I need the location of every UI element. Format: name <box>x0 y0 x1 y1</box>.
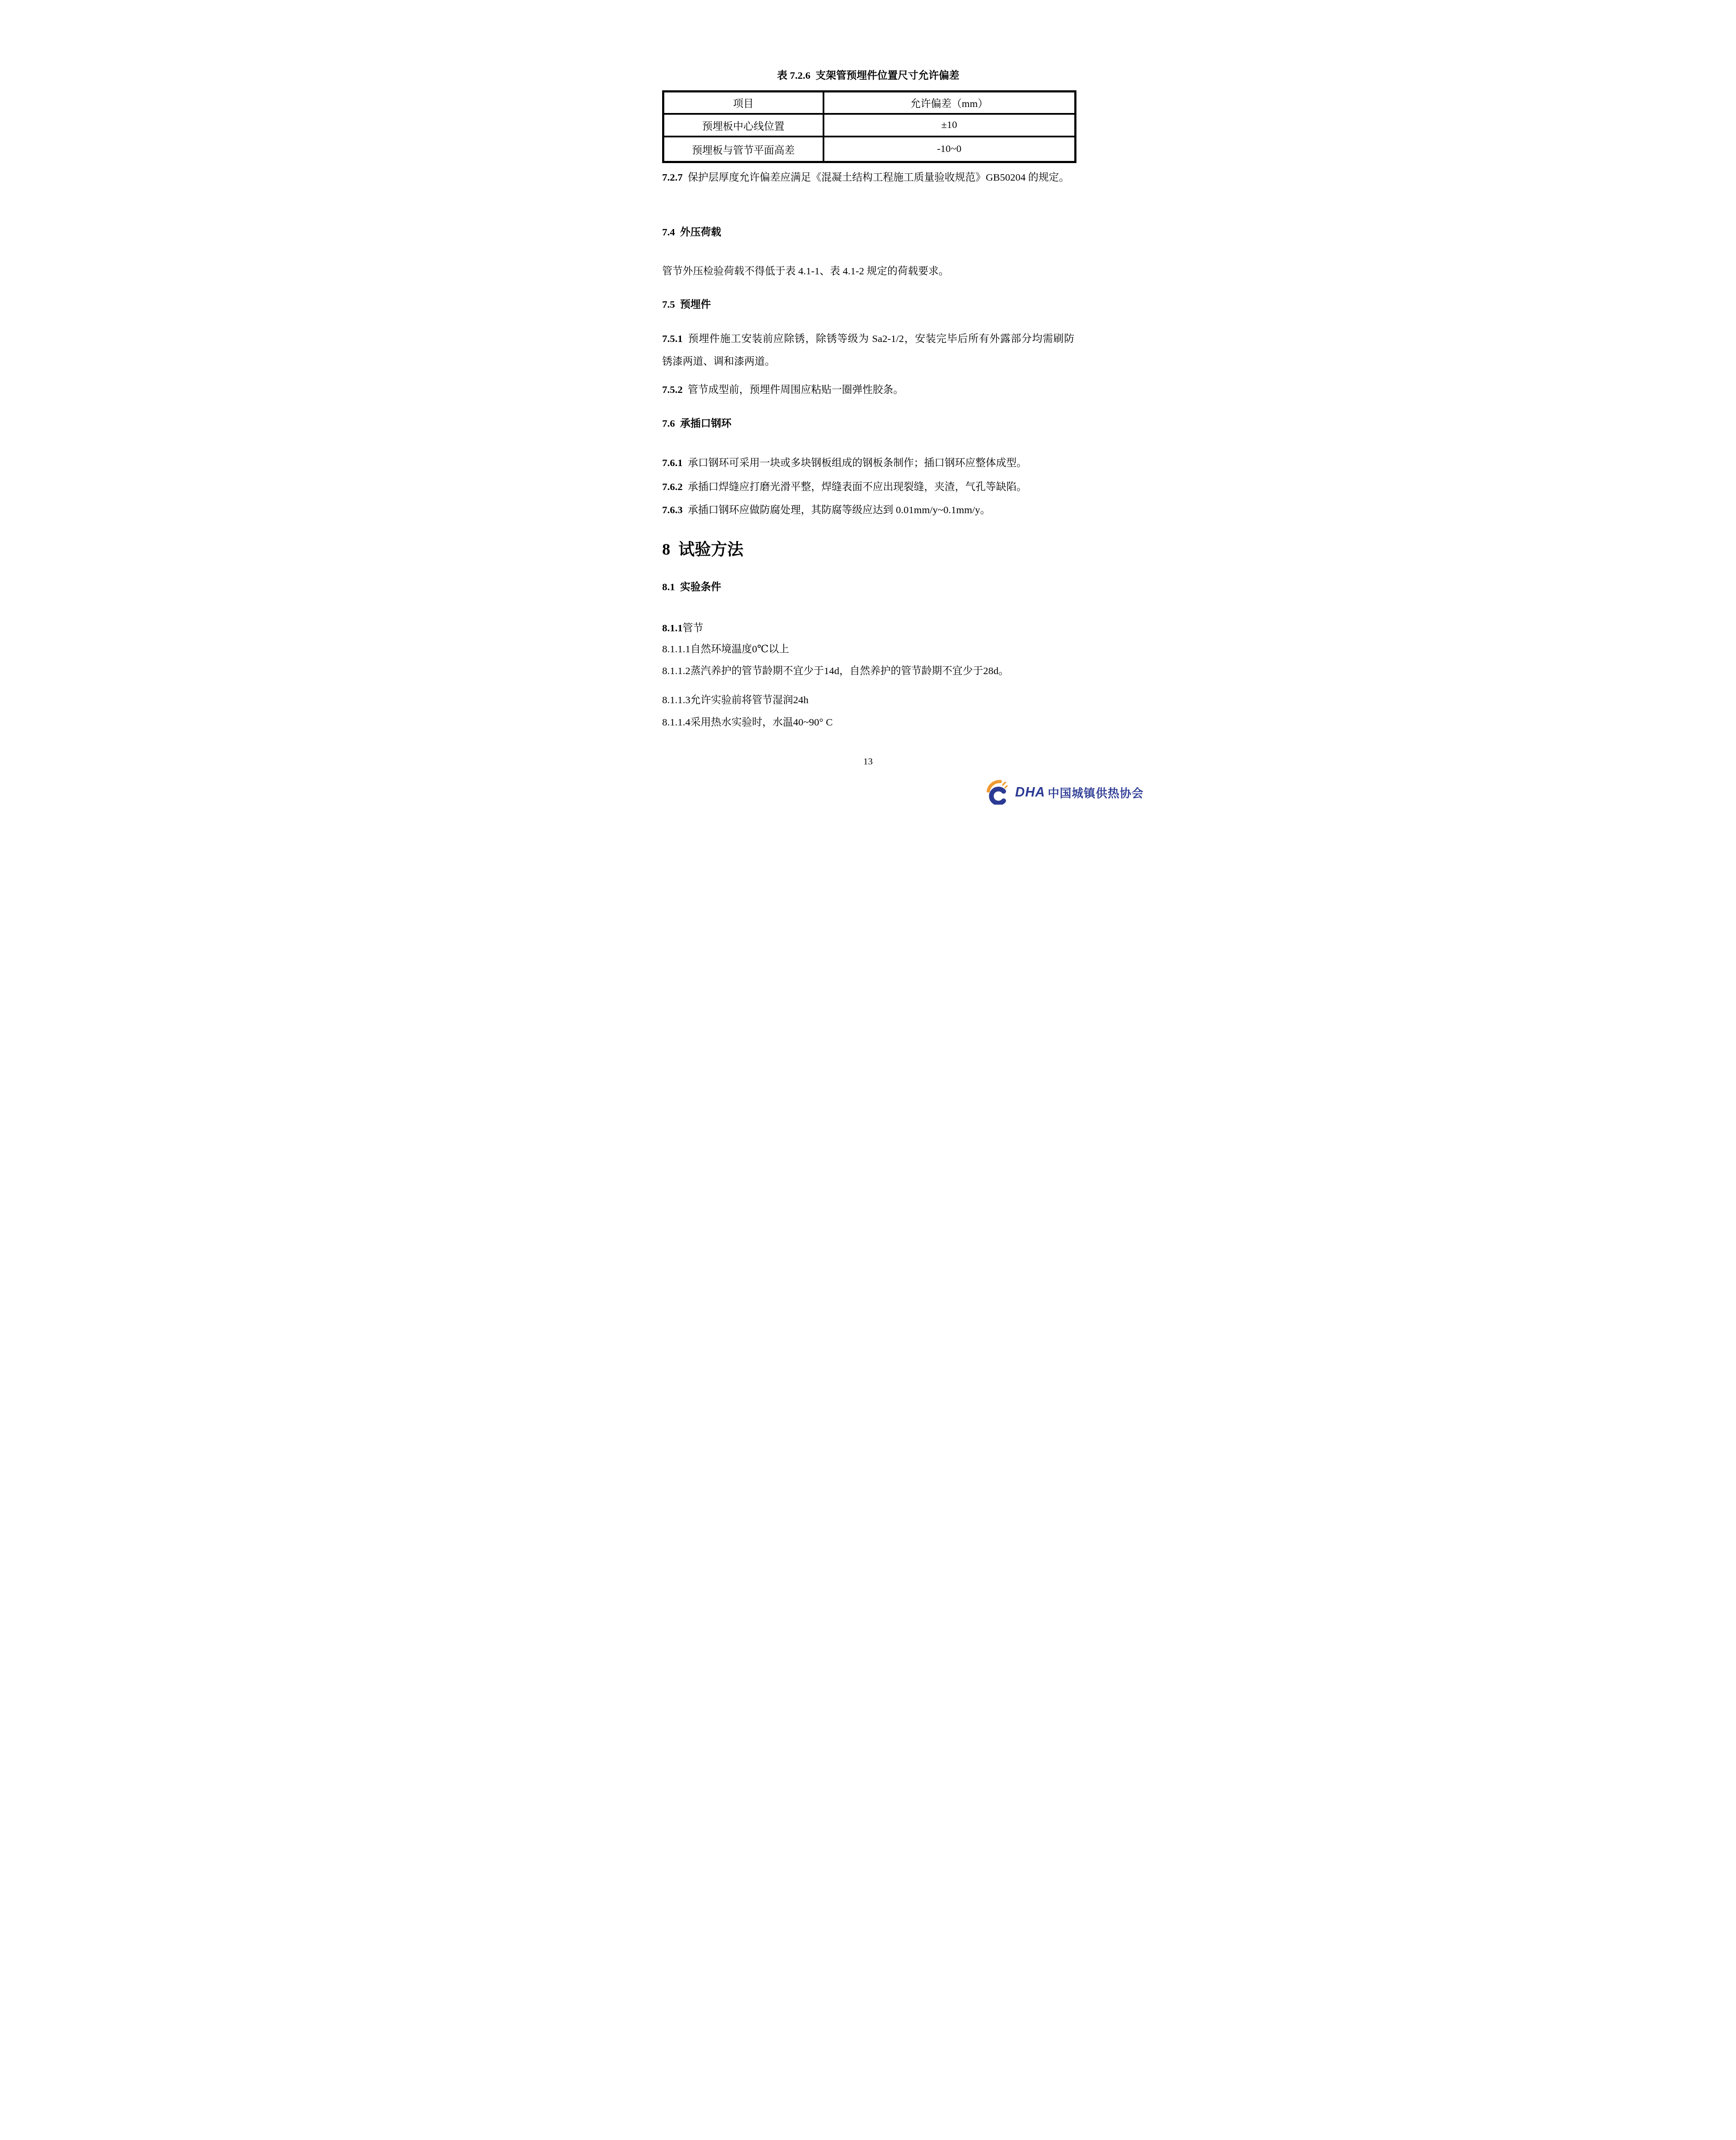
clause-text: 预埋件施工安装前应除锈，除锈等级为 Sa2-1/2，安装完毕后所有外露部分均需刷… <box>688 333 1074 345</box>
clause-8-1-1: 8.1.1管节 <box>662 617 1074 640</box>
heading-8: 8 试验方法 <box>662 537 1074 562</box>
table-header-deviation: 允许偏差（mm） <box>823 92 1076 114</box>
clause-7-5-2: 7.5.2管节成型前，预埋件周围应粘贴一圈弹性胶条。 <box>662 379 1074 401</box>
clause-text: 保护层厚度允许偏差应满足《混凝土结构工程施工质量验收规范》GB50204 的规定… <box>688 172 1069 183</box>
clause-7-6-1: 7.6.1承口钢环可采用一块或多块钢板组成的钢板条制作；插口钢环应整体成型。 <box>662 452 1074 475</box>
clause-text: 承插口钢环应做防腐处理，其防腐等级应达到 0.01mm/y~0.1mm/y。 <box>688 505 990 516</box>
clause-number: 7.5.2 <box>662 384 683 395</box>
clause-7-6-3: 7.6.3承插口钢环应做防腐处理，其防腐等级应达到 0.01mm/y~0.1mm… <box>662 499 1074 522</box>
clause-8-1-1-4: 8.1.1.4采用热水实验时，水温40~90° C <box>662 711 1074 734</box>
table-cell-value: -10~0 <box>823 137 1076 162</box>
clause-text: 承插口焊缝应打磨光滑平整，焊缝表面不应出现裂缝，夹渣，气孔等缺陷。 <box>688 481 1027 493</box>
clause-7-2-7: 7.2.7保护层厚度允许偏差应满足《混凝土结构工程施工质量验收规范》GB5020… <box>662 166 1074 189</box>
page-number: 13 <box>579 756 1157 767</box>
table-row: 预埋板与管节平面高差 -10~0 <box>663 137 1076 162</box>
clause-7-6-2: 7.6.2承插口焊缝应打磨光滑平整，焊缝表面不应出现裂缝，夹渣，气孔等缺陷。 <box>662 476 1074 499</box>
clause-number: 7.6.1 <box>662 458 683 469</box>
clause-number: 8.1.1 <box>662 623 683 634</box>
clause-number: 7.6.2 <box>662 481 683 493</box>
clause-8-1-1-1: 8.1.1.1自然环境温度0℃以上 <box>662 638 1074 661</box>
clause-8-1-1-3: 8.1.1.3允许实验前将管节湿润24h <box>662 689 1074 712</box>
clause-number: 7.5.1 <box>662 333 683 345</box>
heading-7-5: 7.5 预埋件 <box>662 294 1074 316</box>
table-header-row: 项目 允许偏差（mm） <box>663 92 1076 114</box>
clause-8-1-1-2: 8.1.1.2蒸汽养护的管节龄期不宜少于14d，自然养护的管节龄期不宜少于28d… <box>662 660 1074 683</box>
table-row: 预埋板中心线位置 ±10 <box>663 114 1076 137</box>
clause-text: 管节 <box>683 623 703 634</box>
table-cell-value: ±10 <box>823 114 1076 137</box>
table-caption: 表 7.2.6 支架管预埋件位置尺寸允许偏差 <box>662 67 1074 82</box>
tolerance-table: 项目 允许偏差（mm） 预埋板中心线位置 ±10 预埋板与管节平面高差 -10~… <box>662 90 1076 163</box>
cdha-logo: DHA 中国城镇供热协会 <box>985 780 1144 805</box>
clause-7-5-1-line1: 7.5.1预埋件施工安装前应除锈，除锈等级为 Sa2-1/2，安装完毕后所有外露… <box>662 328 1074 351</box>
table-cell-item: 预埋板与管节平面高差 <box>663 137 823 162</box>
clause-text: 管节成型前，预埋件周围应粘贴一圈弹性胶条。 <box>688 384 904 395</box>
cdha-logo-mark <box>985 780 1013 805</box>
cdha-logo-acronym: DHA <box>1015 785 1045 800</box>
paragraph-7-4: 管节外压检验荷载不得低于表 4.1-1、表 4.1-2 规定的荷载要求。 <box>662 260 1074 283</box>
heading-7-4: 7.4 外压荷载 <box>662 221 1074 244</box>
heading-7-6: 7.6 承插口钢环 <box>662 413 1074 435</box>
document-page: 表 7.2.6 支架管预埋件位置尺寸允许偏差 项目 允许偏差（mm） 预埋板中心… <box>579 0 1157 817</box>
clause-7-5-1-line2: 锈漆两道、调和漆两道。 <box>662 351 1074 373</box>
clause-text: 承口钢环可采用一块或多块钢板组成的钢板条制作；插口钢环应整体成型。 <box>688 458 1027 469</box>
heading-8-1: 8.1 实验条件 <box>662 576 1074 599</box>
table-header-item: 项目 <box>663 92 823 114</box>
cdha-logo-name: 中国城镇供热协会 <box>1048 784 1144 801</box>
clause-number: 7.6.3 <box>662 505 683 516</box>
clause-number: 7.2.7 <box>662 172 683 183</box>
table-cell-item: 预埋板中心线位置 <box>663 114 823 137</box>
